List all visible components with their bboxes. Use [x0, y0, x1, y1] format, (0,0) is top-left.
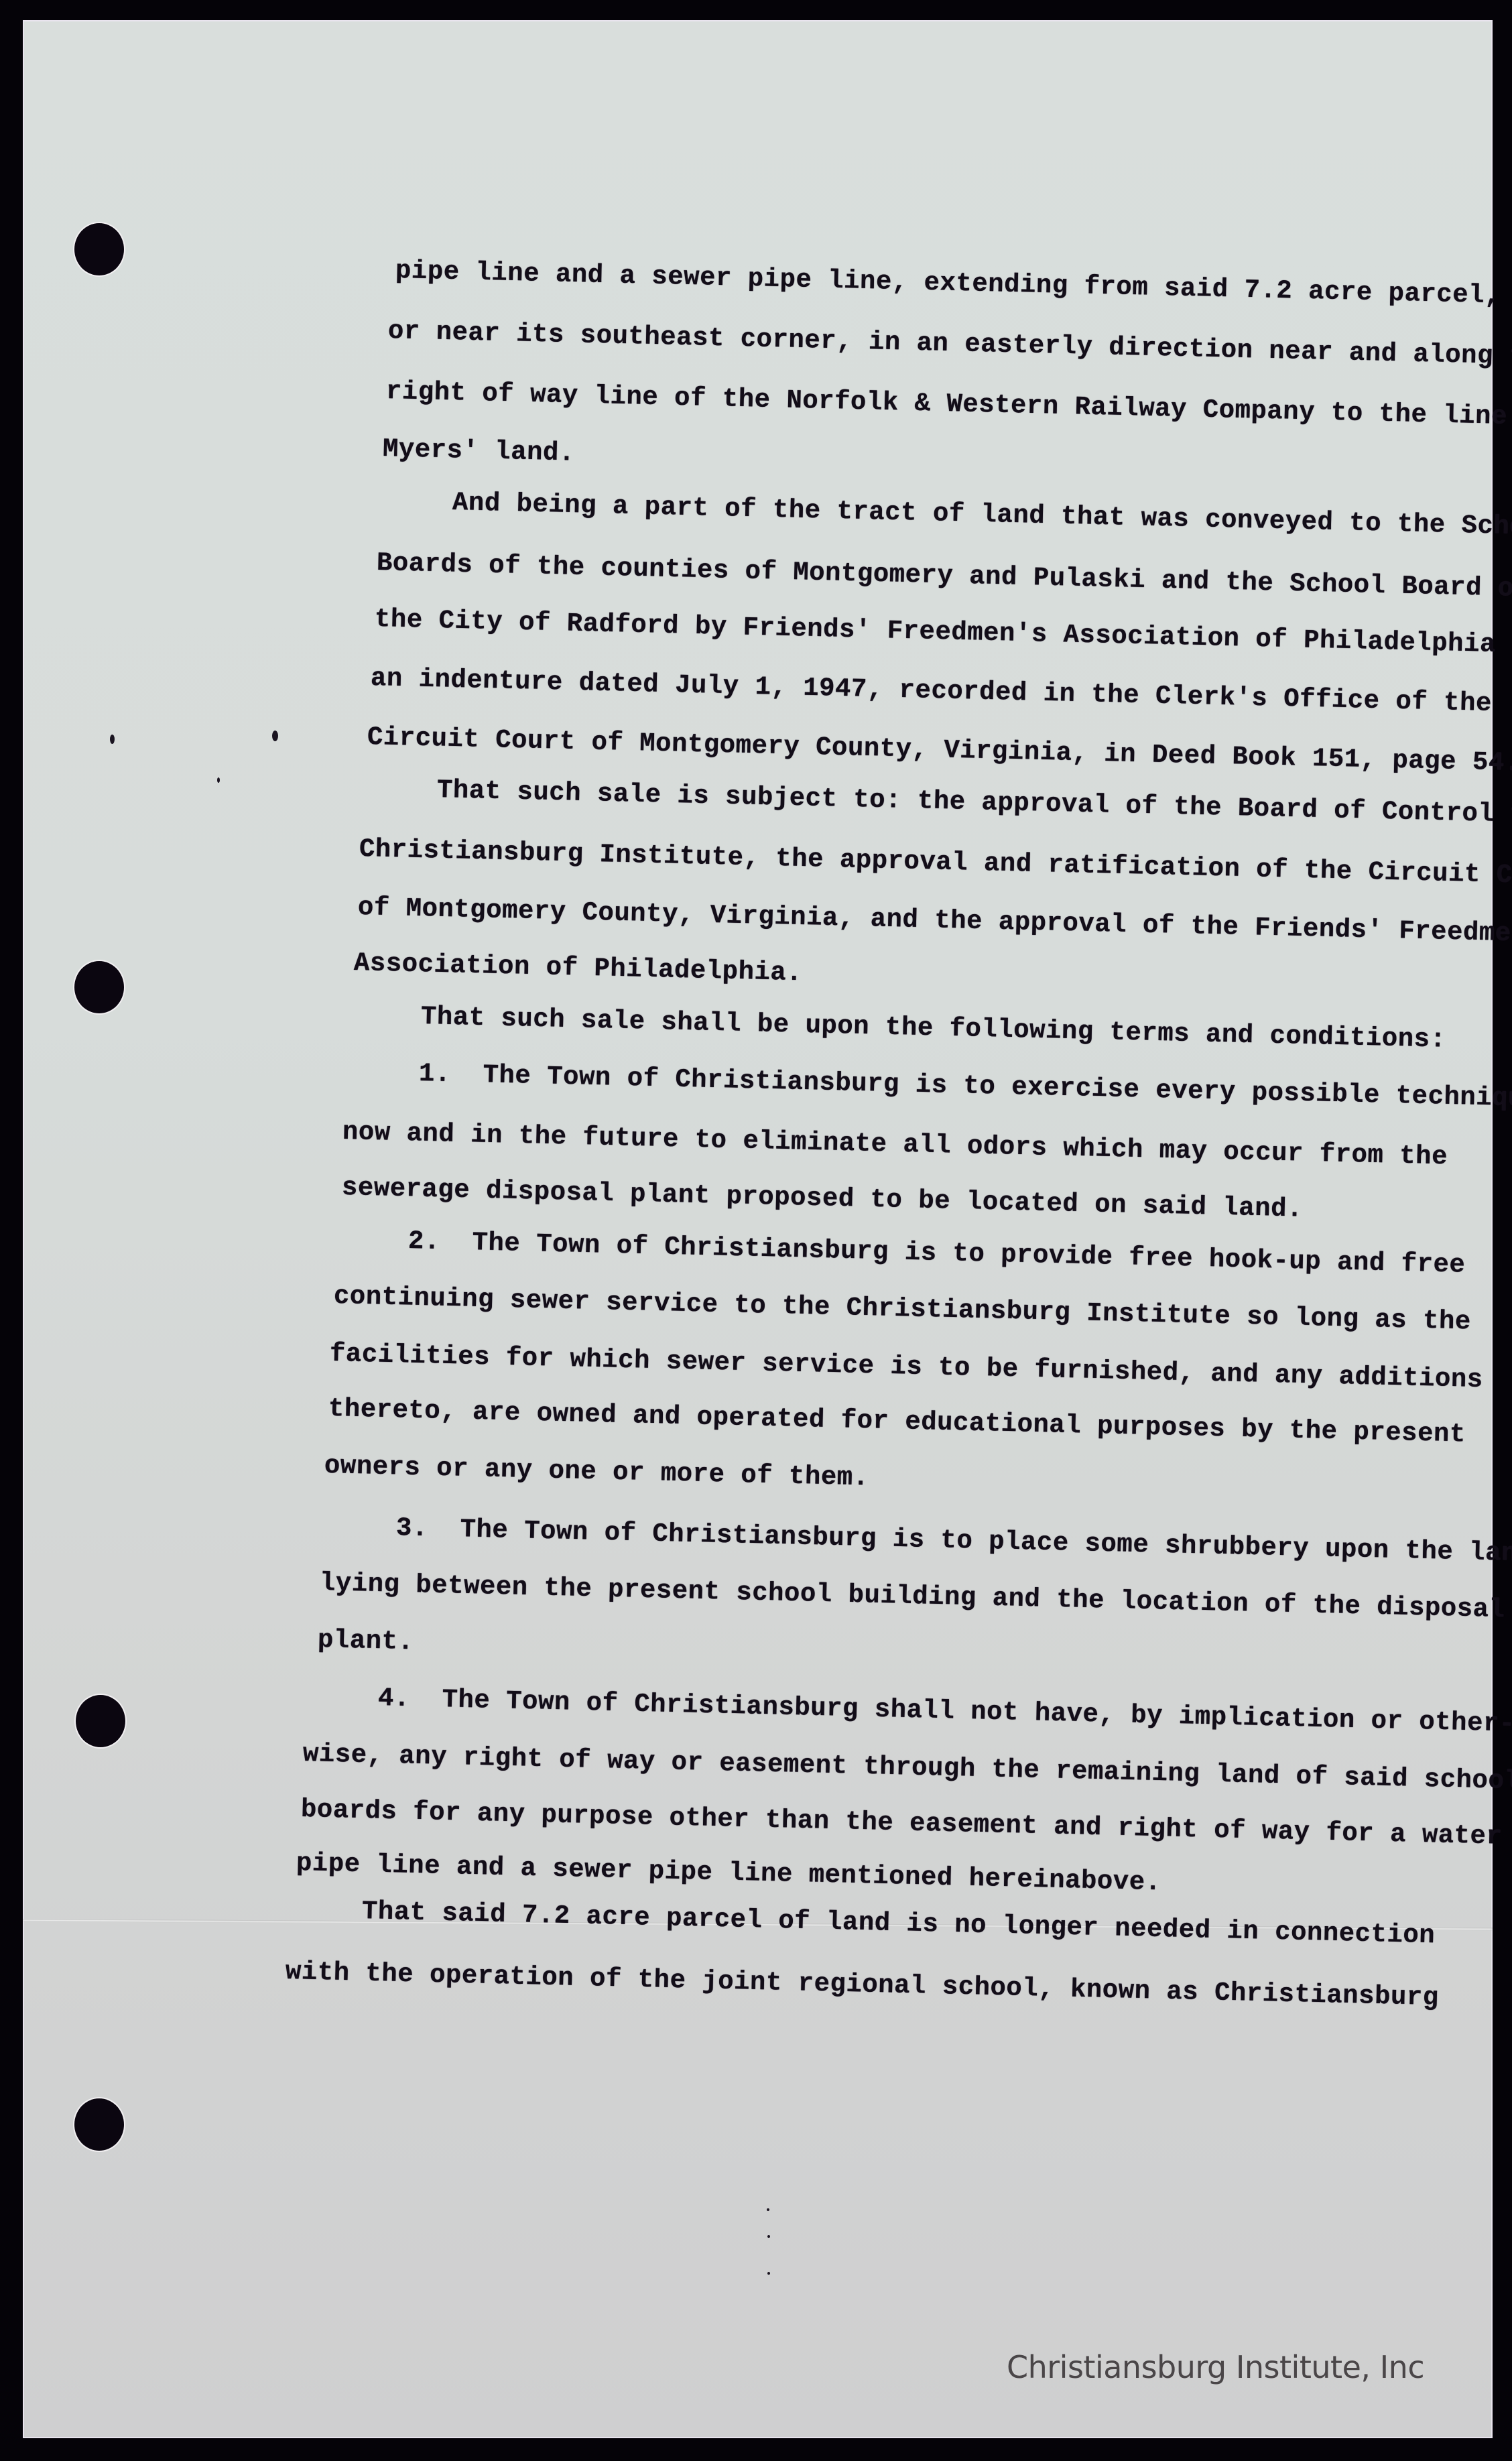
scan-speck [110, 735, 115, 744]
text-line: sewerage disposal plant proposed to be l… [342, 1173, 1304, 1224]
text-line: owners or any one or more of them. [324, 1451, 870, 1493]
text-line: with the operation of the joint regional… [286, 1957, 1440, 2013]
document-page: pipe line and a sewer pipe line, extendi… [23, 20, 1493, 2438]
text-line: facilities for which sewer service is to… [330, 1339, 1484, 1395]
text-line: plant. [318, 1625, 414, 1657]
text-line: 4. The Town of Christiansburg shall not … [378, 1684, 1512, 1739]
punch-hole-3 [76, 1695, 125, 1747]
text-line: Boards of the counties of Montgomery and… [377, 548, 1512, 604]
text-line: continuing sewer service to the Christia… [334, 1281, 1472, 1336]
text-line: pipe line and a sewer pipe line, extendi… [395, 256, 1512, 312]
text-line: an indenture dated July 1, 1947, recorde… [371, 664, 1493, 718]
text-line: Circuit Court of Montgomery County, Virg… [367, 722, 1512, 778]
scan-speck [272, 731, 278, 741]
text-line: Christiansburg Institute, the approval a… [359, 834, 1512, 891]
text-line: the City of Radford by Friends' Freedmen… [375, 605, 1512, 661]
text-line: Myers' land. [383, 434, 576, 468]
text-line: 3. The Town of Christiansburg is to plac… [396, 1513, 1512, 1568]
text-line: lying between the present school buildin… [320, 1568, 1505, 1625]
text-line: Association of Philadelphia. [354, 948, 803, 988]
text-line: thereto, are owned and operated for educ… [328, 1394, 1466, 1449]
text-line: of Montgomery County, Virginia, and the … [358, 893, 1512, 950]
text-line: 1. The Town of Christiansburg is to exer… [419, 1059, 1512, 1114]
text-line: pipe line and a sewer pipe line mentione… [296, 1848, 1161, 1897]
punch-hole-1 [74, 223, 124, 275]
punch-hole-2 [74, 961, 124, 1013]
text-line: And being a part of the tract of land th… [452, 488, 1512, 542]
watermark: Christiansburg Institute, Inc [1007, 2349, 1424, 2385]
text-line: wise, any right of way or easement throu… [303, 1739, 1512, 1796]
text-line: boards for any purpose other than the ea… [301, 1795, 1503, 1852]
scan-speck [767, 2272, 770, 2275]
text-line: That such sale shall be upon the followi… [421, 1002, 1446, 1055]
scan-speck [217, 777, 220, 783]
punch-hole-4 [74, 2098, 124, 2151]
text-line: now and in the future to eliminate all o… [342, 1117, 1448, 1172]
text-line: or near its southeast corner, in an east… [388, 316, 1512, 373]
text-line: That said 7.2 acre parcel of land is no … [362, 1897, 1436, 1950]
text-line: right of way line of the Norfolk & Weste… [386, 377, 1512, 433]
text-line: That such sale is subject to: the approv… [437, 775, 1512, 830]
scan-speck [767, 2235, 770, 2238]
text-line: 2. The Town of Christiansburg is to prov… [408, 1226, 1466, 1280]
scan-speck [767, 2208, 769, 2211]
